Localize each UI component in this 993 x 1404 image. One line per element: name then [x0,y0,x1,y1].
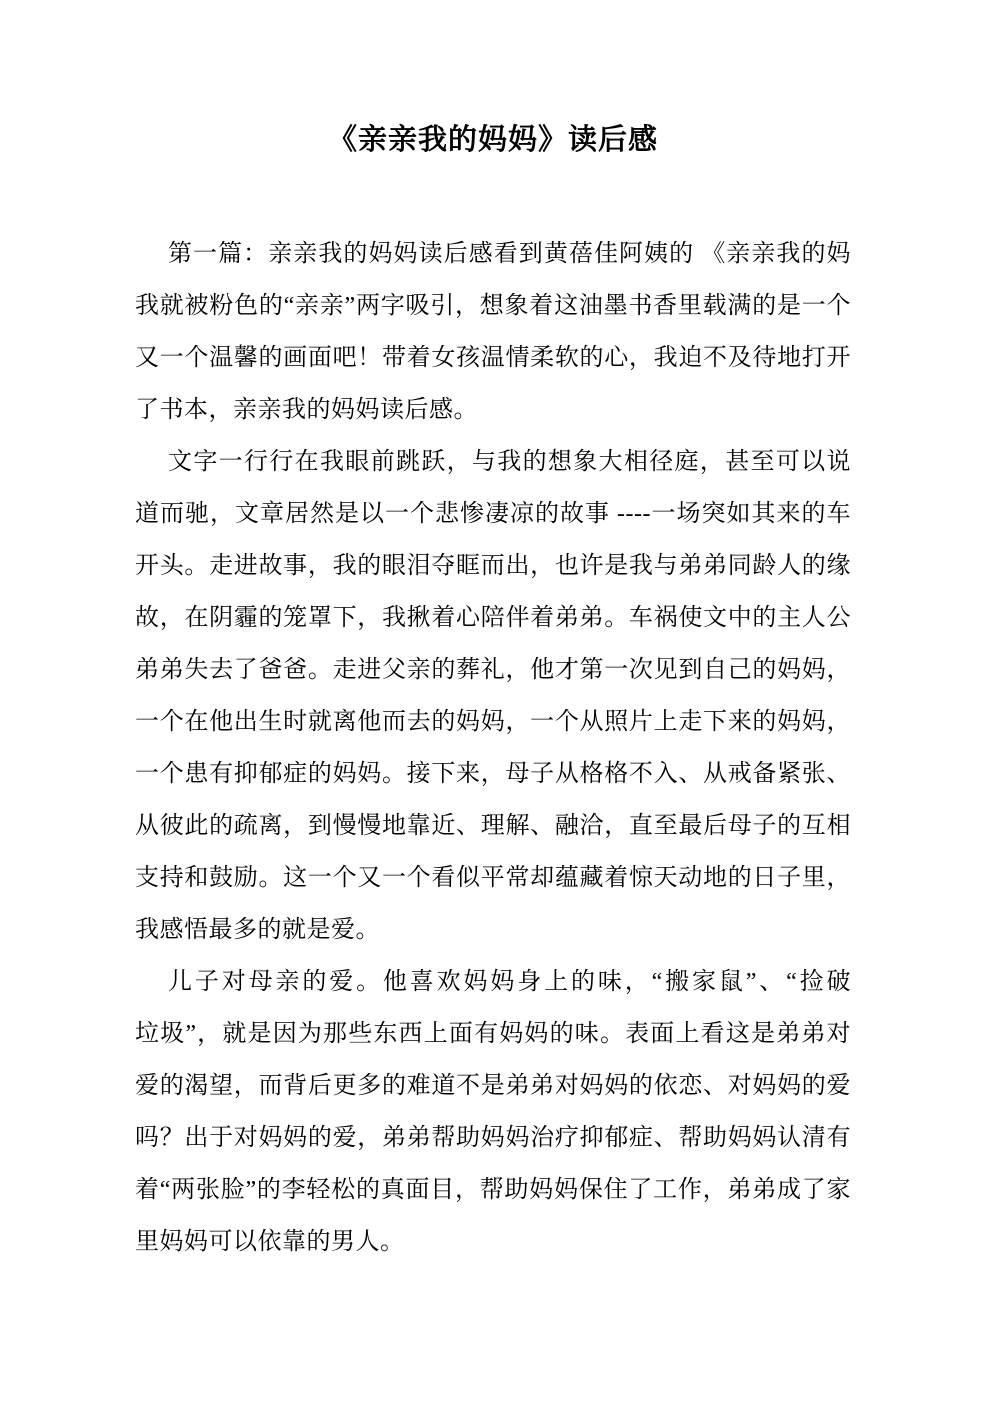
text-line: 垃圾”，就是因为那些东西上面有妈妈的味。表面上看这是弟弟对母 [135,1008,851,1060]
text-line: 弟弟失去了爸爸。走进父亲的葬礼，他才第一次见到自己的妈妈， [135,644,851,696]
paragraph: 文字一行行在我眼前跳跃，与我的想象大相径庭，甚至可以说背 道而驰，文章居然是以一… [135,436,851,956]
text-line: 一个在他出生时就离他而去的妈妈，一个从照片上走下来的妈妈， [135,696,851,748]
text-line: 第一篇：亲亲我的妈妈读后感看到黄蓓佳阿姨的 《亲亲我的妈妈》， [135,228,851,280]
text-line: 爱的渴望，而背后更多的难道不是弟弟对妈妈的依恋、对妈妈的爱 [135,1060,851,1112]
document-page: 《亲亲我的妈妈》读后感 第一篇：亲亲我的妈妈读后感看到黄蓓佳阿姨的 《亲亲我的妈… [0,0,993,1404]
text-line: 了书本，亲亲我的妈妈读后感。 [135,384,851,436]
text-line: 开头。走进故事，我的眼泪夺眶而出，也许是我与弟弟同龄人的缘 [135,540,851,592]
title-spacer [135,159,851,228]
text-line: 我就被粉色的“亲亲”两字吸引，想象着这油墨书香里载满的是一个 [135,280,851,332]
text-line: 从彼此的疏离，到慢慢地靠近、理解、融洽，直至最后母子的互相 [135,800,851,852]
document-content: 《亲亲我的妈妈》读后感 第一篇：亲亲我的妈妈读后感看到黄蓓佳阿姨的 《亲亲我的妈… [135,0,851,1404]
text-line: 吗？出于对妈妈的爱，弟弟帮助妈妈治疗抑郁症、帮助妈妈认清有 [135,1112,851,1164]
text-line: 支持和鼓励。这一个又一个看似平常却蕴藏着惊天动地的日子里， [135,852,851,904]
paragraph: 第一篇：亲亲我的妈妈读后感看到黄蓓佳阿姨的 《亲亲我的妈妈》， 我就被粉色的“亲… [135,228,851,436]
text-line: 一个患有抑郁症的妈妈。接下来，母子从格格不入、从戒备紧张、 [135,748,851,800]
text-line: 我感悟最多的就是爱。 [135,904,851,956]
text-line: 故，在阴霾的笼罩下，我揪着心陪伴着弟弟。车祸使文中的主人公 [135,592,851,644]
text-line: 道而驰，文章居然是以一个悲惨凄凉的故事 ----一场突如其来的车祸 [135,488,851,540]
text-line: 儿子对母亲的爱。他喜欢妈妈身上的味，“搬家鼠”、“捡破烂”、“玩 [135,956,851,1008]
paragraph: 儿子对母亲的爱。他喜欢妈妈身上的味，“搬家鼠”、“捡破烂”、“玩 垃圾”，就是因… [135,956,851,1268]
text-line: 文字一行行在我眼前跳跃，与我的想象大相径庭，甚至可以说背 [135,436,851,488]
text-line: 又一个温馨的画面吧！带着女孩温情柔软的心，我迫不及待地打开 [135,332,851,384]
document-title: 《亲亲我的妈妈》读后感 [135,0,851,159]
text-line: 里妈妈可以依靠的男人。 [135,1216,851,1268]
text-line: 着“两张脸”的李轻松的真面目，帮助妈妈保住了工作，弟弟成了家 [135,1164,851,1216]
